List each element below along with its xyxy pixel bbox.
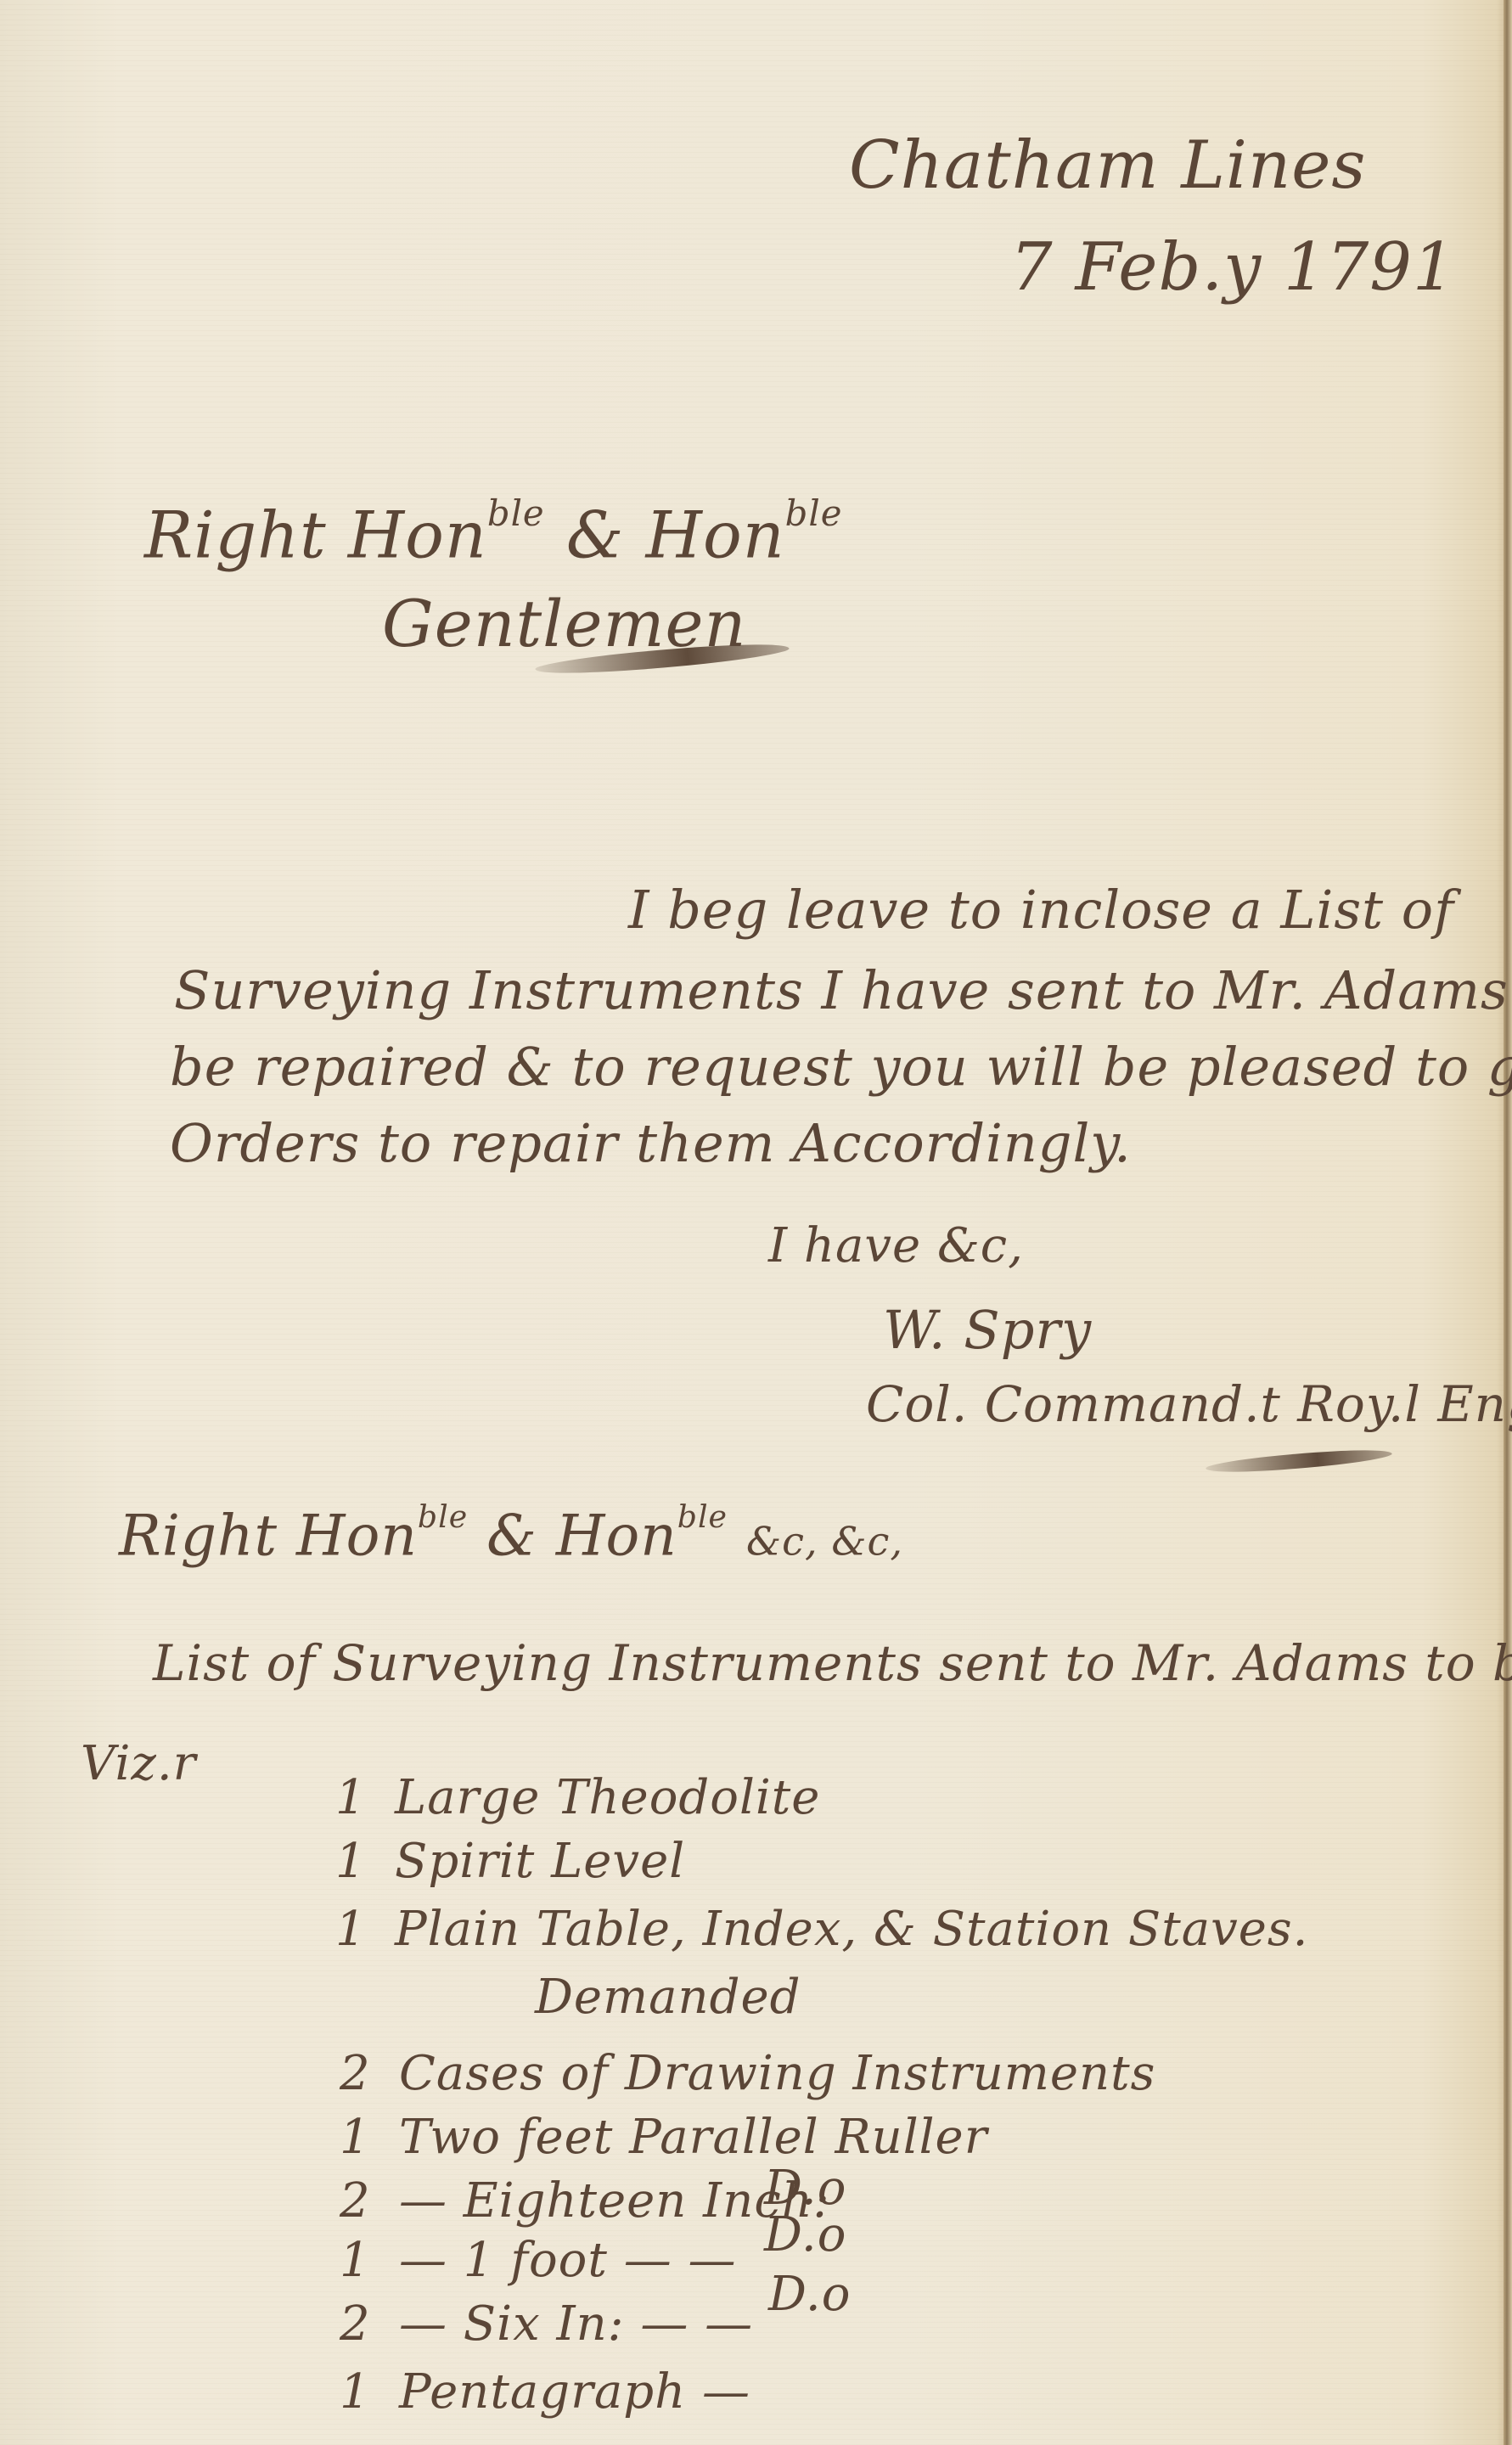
- item-quantity: 1: [335, 1770, 395, 1825]
- list-item: 1Pentagraph —: [340, 2364, 750, 2420]
- ditto-mark: D.o: [764, 2207, 846, 2262]
- list-title: List of Surveying Instruments sent to Mr…: [153, 1634, 1512, 1692]
- place-heading: Chatham Lines: [849, 127, 1366, 204]
- item-description: Pentagraph —: [399, 2364, 750, 2420]
- list-item: 1Plain Table, Index, & Station Staves.: [335, 1902, 1308, 1957]
- salutation-right-hon: Right Hon: [144, 497, 487, 573]
- item-quantity: 2: [340, 2296, 399, 2352]
- list-item: 1Two feet Parallel Ruller: [340, 2110, 987, 2165]
- list-item: 1Spirit Level: [335, 1834, 685, 1889]
- list-item: 1Large Theodolite: [335, 1770, 820, 1825]
- complimentary-close: I have &c,: [768, 1218, 1024, 1273]
- item-description: Two feet Parallel Ruller: [399, 2110, 987, 2165]
- superscript: ble: [418, 1498, 468, 1535]
- ampersand: &: [486, 1504, 537, 1569]
- item-quantity: 2: [340, 2173, 399, 2229]
- item-quantity: 1: [335, 1834, 395, 1889]
- body-line-2: Surveying Instruments I have sent to Mr.…: [174, 959, 1512, 1021]
- list-item: 1— 1 foot — —: [340, 2233, 737, 2288]
- list-item: 2— Six In: — —: [340, 2296, 753, 2352]
- addressee-right-hon: Right Hon: [119, 1504, 418, 1569]
- item-description: — 1 foot — —: [399, 2233, 737, 2288]
- page-edge: [1504, 0, 1512, 2445]
- superscript: ble: [785, 492, 843, 534]
- superscript: ble: [487, 492, 545, 534]
- item-description: Cases of Drawing Instruments: [399, 2046, 1155, 2101]
- item-description: — Six In: — —: [399, 2296, 753, 2352]
- date-day: 7: [1010, 229, 1054, 306]
- item-quantity: 1: [340, 2233, 399, 2288]
- etcetera: &c, &c,: [746, 1519, 903, 1565]
- signatory-title: Col. Command.t Roy.l Eng.rs: [866, 1375, 1512, 1433]
- item-description: Spirit Level: [395, 1834, 685, 1889]
- date-month: Feb.y: [1075, 229, 1262, 306]
- ampersand: &: [566, 497, 625, 573]
- item-quantity: 1: [340, 2364, 399, 2420]
- body-line-4: Orders to repair them Accordingly.: [170, 1112, 1132, 1174]
- salutation-line: Right Honble & Honble: [144, 492, 843, 573]
- item-quantity: 2: [340, 2046, 399, 2101]
- item-description: Plain Table, Index, & Station Staves.: [395, 1902, 1308, 1957]
- item-description: Large Theodolite: [395, 1770, 820, 1825]
- item-quantity: 1: [335, 1902, 395, 1957]
- body-line-3: be repaired & to request you will be ple…: [170, 1036, 1512, 1098]
- list-item: 2Cases of Drawing Instruments: [340, 2046, 1155, 2101]
- ditto-mark: D.o: [768, 2267, 851, 2322]
- salutation-hon: Hon: [646, 497, 785, 573]
- addressee-hon: Hon: [556, 1504, 677, 1569]
- date-year: 1791: [1284, 229, 1456, 306]
- superscript: ble: [677, 1498, 728, 1535]
- ink-flourish: [1206, 1444, 1393, 1479]
- date-line: 7 Feb.y 1791: [1010, 229, 1456, 306]
- demanded-heading: Demanded: [535, 1970, 801, 2025]
- viz-label: Viz.r: [81, 1736, 196, 1791]
- signature: W. Spry: [883, 1299, 1092, 1361]
- addressee-line: Right Honble & Honble &c, &c,: [119, 1498, 903, 1569]
- body-line-1: I beg leave to inclose a List of: [628, 879, 1454, 941]
- item-quantity: 1: [340, 2110, 399, 2165]
- list-item: 2— Eighteen Inch:: [340, 2173, 830, 2229]
